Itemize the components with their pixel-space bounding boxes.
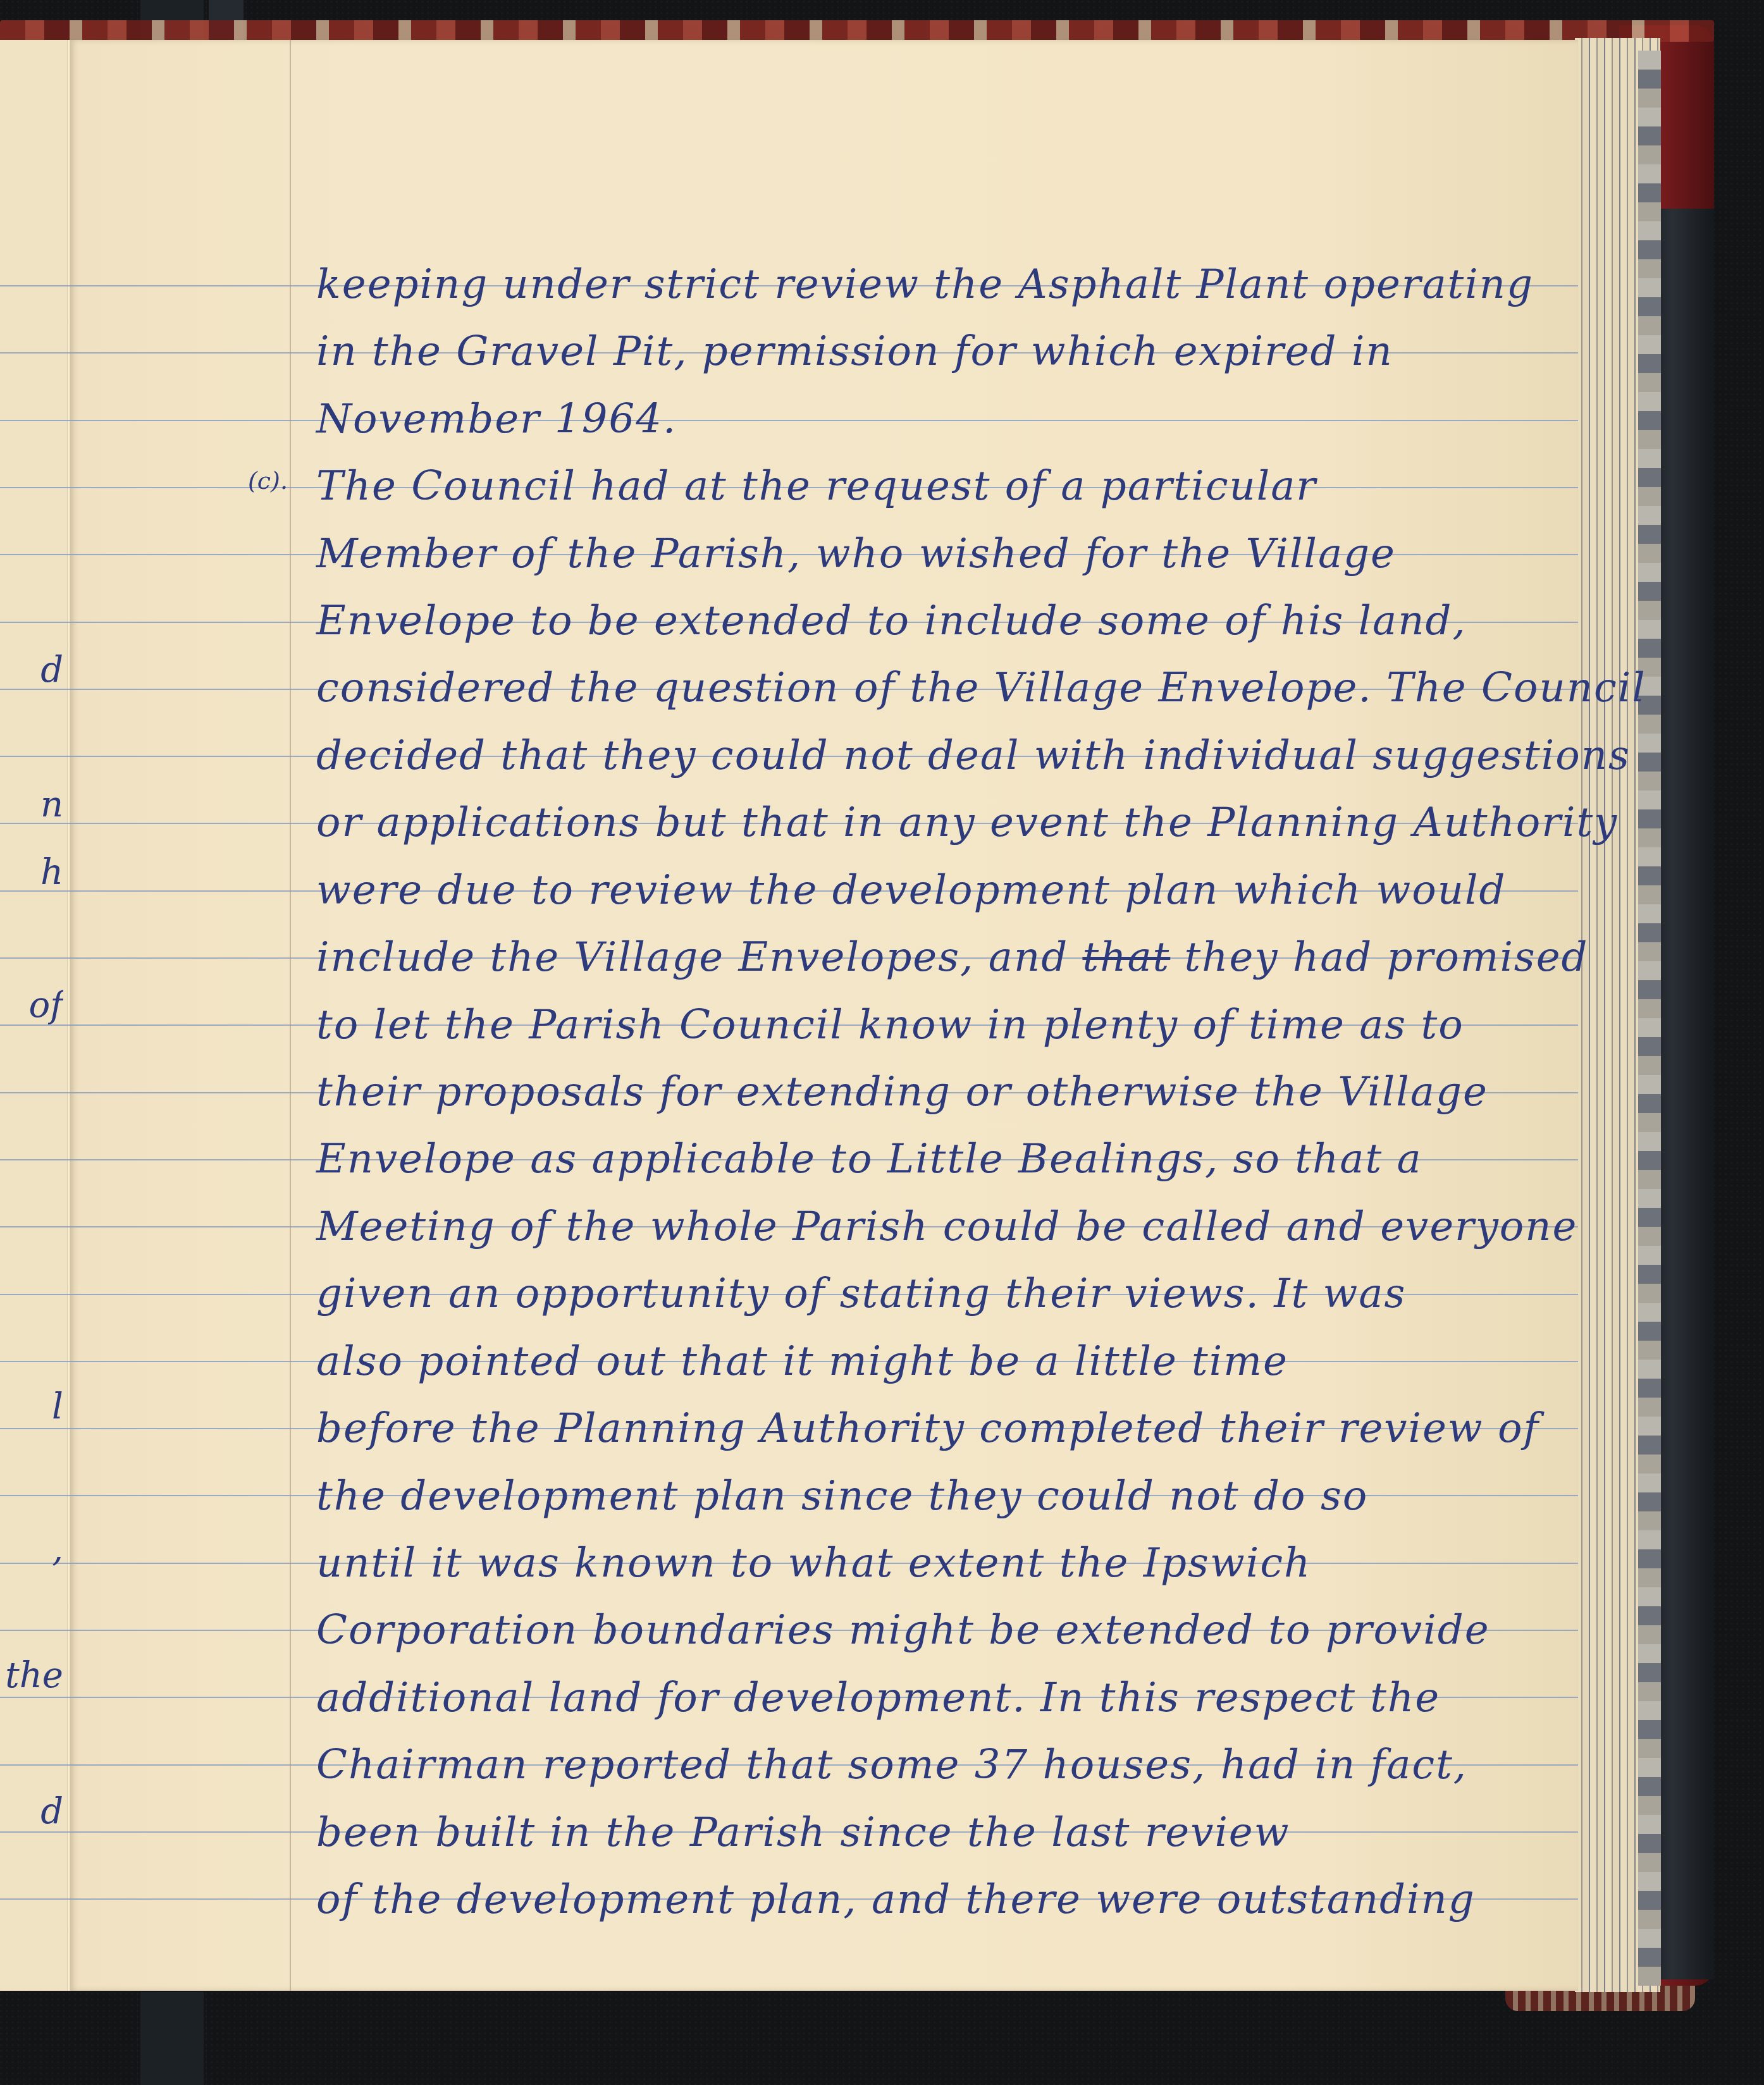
handwritten-line: include the Village Envelopes, and that … (316, 926, 1575, 989)
text-segment: they had promised (1170, 934, 1588, 981)
handwritten-line: to let the Parish Council know in plenty… (316, 993, 1575, 1057)
page-edges-marbled (1638, 51, 1661, 1986)
handwritten-line: Corporation boundaries might be extended… (316, 1599, 1575, 1662)
handwritten-line: until it was known to what extent the Ip… (316, 1532, 1575, 1595)
handwritten-line: considered the question of the Village E… (316, 656, 1575, 720)
handwritten-line: November 1964. (316, 388, 1575, 451)
handwritten-line: been built in the Parish since the last … (316, 1801, 1575, 1864)
left-page-word-fragment: d (0, 651, 63, 689)
handwritten-line: Envelope as applicable to Little Bealing… (316, 1128, 1575, 1191)
handwritten-line: Meeting of the whole Parish could be cal… (316, 1195, 1575, 1258)
handwritten-line: additional land for development. In this… (316, 1666, 1575, 1730)
left-page-word-fragment: , (0, 1530, 63, 1568)
handwritten-line: were due to review the development plan … (316, 859, 1575, 922)
left-page-word-fragment: d (0, 1793, 63, 1831)
text-segment: include the Village Envelopes, and (316, 934, 1082, 981)
handwritten-line: or applications but that in any event th… (316, 791, 1575, 854)
left-page-word-fragment: l (0, 1388, 63, 1426)
handwritten-line: Envelope to be extended to include some … (316, 589, 1575, 653)
handwritten-line: their proposals for extending or otherwi… (316, 1061, 1575, 1124)
handwritten-line: Chairman reported that some 37 houses, h… (316, 1733, 1575, 1797)
handwritten-line: decided that they could not deal with in… (316, 724, 1575, 787)
handwritten-line: Member of the Parish, who wished for the… (316, 522, 1575, 586)
handwritten-line: also pointed out that it might be a litt… (316, 1330, 1575, 1393)
left-page-word-fragment: n (0, 786, 63, 824)
item-label: (c). (248, 462, 288, 500)
left-page-word-fragment: of (0, 987, 63, 1024)
handwritten-line: keeping under strict review the Asphalt … (316, 253, 1575, 316)
handwritten-line: The Council had at the request of a part… (316, 455, 1575, 518)
handwritten-line: the development plan since they could no… (316, 1465, 1575, 1528)
handwritten-line: of the development plan, and there were … (316, 1868, 1575, 1931)
handwritten-line: before the Planning Authority completed … (316, 1397, 1575, 1460)
handwritten-line: in the Gravel Pit, permission for which … (316, 320, 1575, 383)
struck-through-word: that (1082, 934, 1170, 981)
margin-line (290, 40, 291, 1991)
bookmark-ribbon-bottom (140, 1992, 204, 2085)
left-page-word-fragment: the (0, 1657, 63, 1695)
cover-frayed-edge-top (0, 20, 1714, 42)
handwritten-line: given an opportunity of stating their vi… (316, 1262, 1575, 1325)
left-page-word-fragment: h (0, 854, 63, 892)
